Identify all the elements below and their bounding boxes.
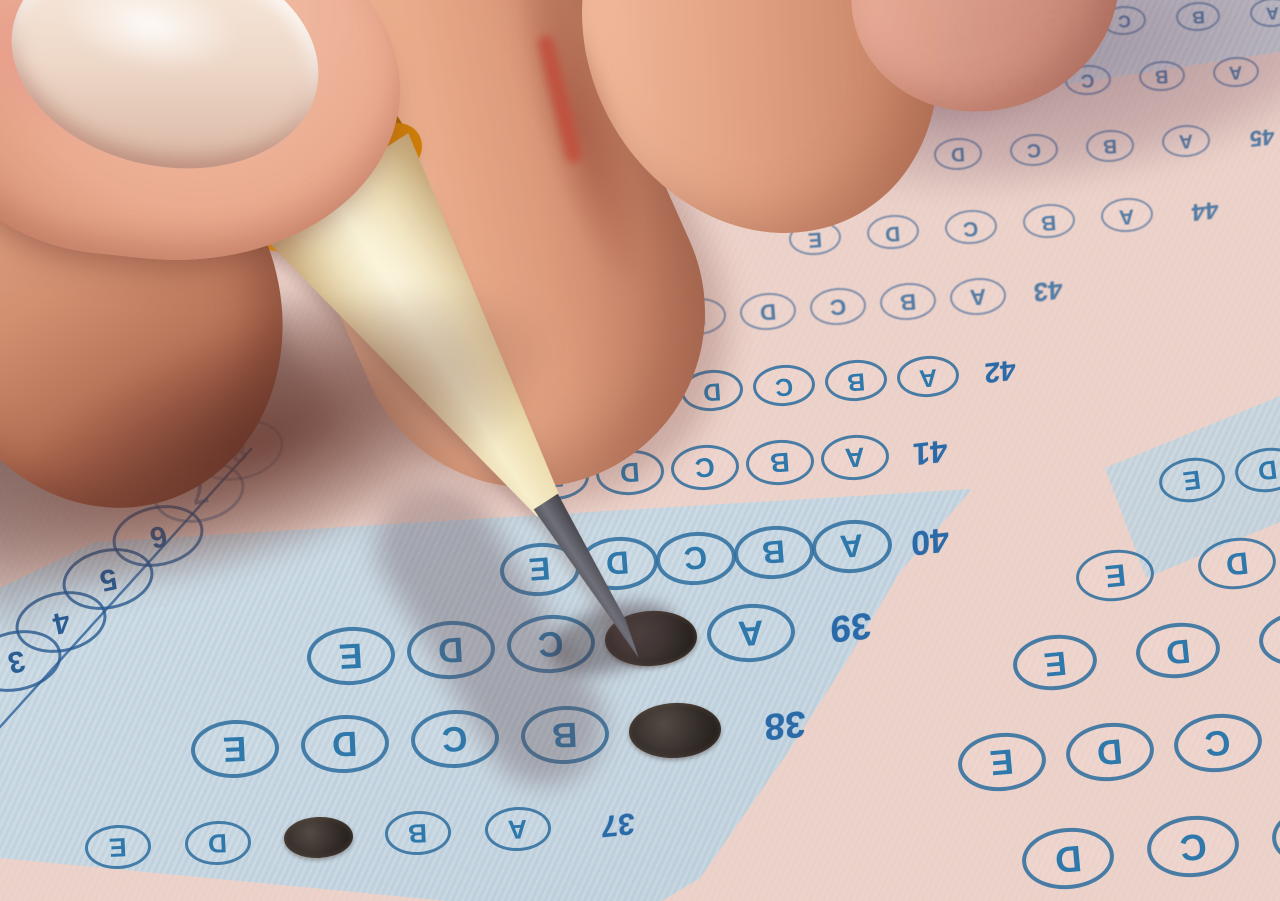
bubble-letter: D: [1053, 838, 1083, 877]
bubble-letter: C: [694, 453, 715, 481]
bubble-letter: D: [885, 222, 901, 244]
bubble-letter: E: [338, 638, 363, 675]
bubble-letter: E: [222, 731, 247, 767]
bubble-letter: A: [508, 815, 528, 842]
question-number-42: 42: [965, 345, 1035, 398]
bubble-letter: A: [1119, 205, 1135, 227]
bubble-letter: B: [1191, 7, 1205, 25]
bubble-letter: D: [332, 726, 359, 762]
question-number-44: 44: [1170, 184, 1240, 237]
question-number-37: 37: [583, 798, 653, 849]
bubble-letter: B: [1103, 135, 1118, 155]
bubble-letter: E: [989, 743, 1016, 780]
bubble-letter: C: [1178, 827, 1208, 866]
question-number-38: 38: [750, 700, 820, 751]
bubble-letter: B: [552, 717, 579, 753]
bubble-letter: E: [1042, 645, 1068, 681]
bubble-letter: A: [1229, 62, 1243, 81]
bubble-letter: D: [951, 144, 966, 164]
bubble-letter: A: [969, 284, 987, 308]
bubble-letter: D: [1096, 734, 1124, 771]
question-number-39: 39: [816, 601, 886, 653]
bubble-letter: E: [1103, 559, 1127, 592]
question-number-43: 43: [1013, 264, 1083, 317]
photo-canvas: 37ABDE38BCDE39ACDE40ABCDE41ABCDE42ABCDE4…: [0, 0, 1280, 901]
bubble-letter: B: [846, 368, 866, 394]
bubble-letter: C: [1081, 71, 1095, 90]
bubble-letter: C: [1117, 11, 1131, 29]
digit-label: 3: [4, 643, 27, 680]
bubble-letter: D: [1224, 547, 1250, 580]
bubble-letter: D: [759, 300, 777, 324]
bubble-letter: A: [1265, 3, 1279, 21]
bubble-letter: D: [702, 378, 722, 404]
bubble-letter: D: [1257, 456, 1279, 485]
bubble-letter: E: [109, 833, 128, 860]
question-number-40: 40: [895, 515, 965, 568]
bubble-letter: B: [761, 536, 786, 570]
bubble-letter: C: [829, 295, 847, 319]
bubble-letter: A: [839, 530, 864, 564]
bubble-letter: D: [208, 829, 228, 856]
bubble-letter: D: [1164, 633, 1191, 669]
bubble-letter: C: [1027, 140, 1042, 160]
bubble-letter: B: [1155, 67, 1169, 86]
bubble-letter: A: [1179, 131, 1194, 151]
bubble-letter: A: [918, 363, 938, 389]
digit-label: 4: [49, 604, 72, 641]
bubble-letter: A: [737, 614, 764, 651]
bubble-letter: B: [899, 290, 917, 314]
bubble-letter: B: [769, 448, 790, 476]
question-number-41: 41: [895, 426, 965, 479]
bubble-letter: C: [442, 721, 469, 757]
bubble-letter: C: [1204, 724, 1232, 761]
bubble-letter: A: [844, 443, 865, 471]
bubble-letter: B: [1041, 210, 1057, 232]
question-number-45: 45: [1227, 111, 1280, 163]
bubble-letter: D: [437, 632, 464, 669]
bubble-letter: C: [774, 373, 794, 399]
bubble-letter: C: [963, 216, 979, 238]
bubble-letter: E: [1182, 466, 1203, 494]
bubble-letter: B: [408, 820, 428, 847]
